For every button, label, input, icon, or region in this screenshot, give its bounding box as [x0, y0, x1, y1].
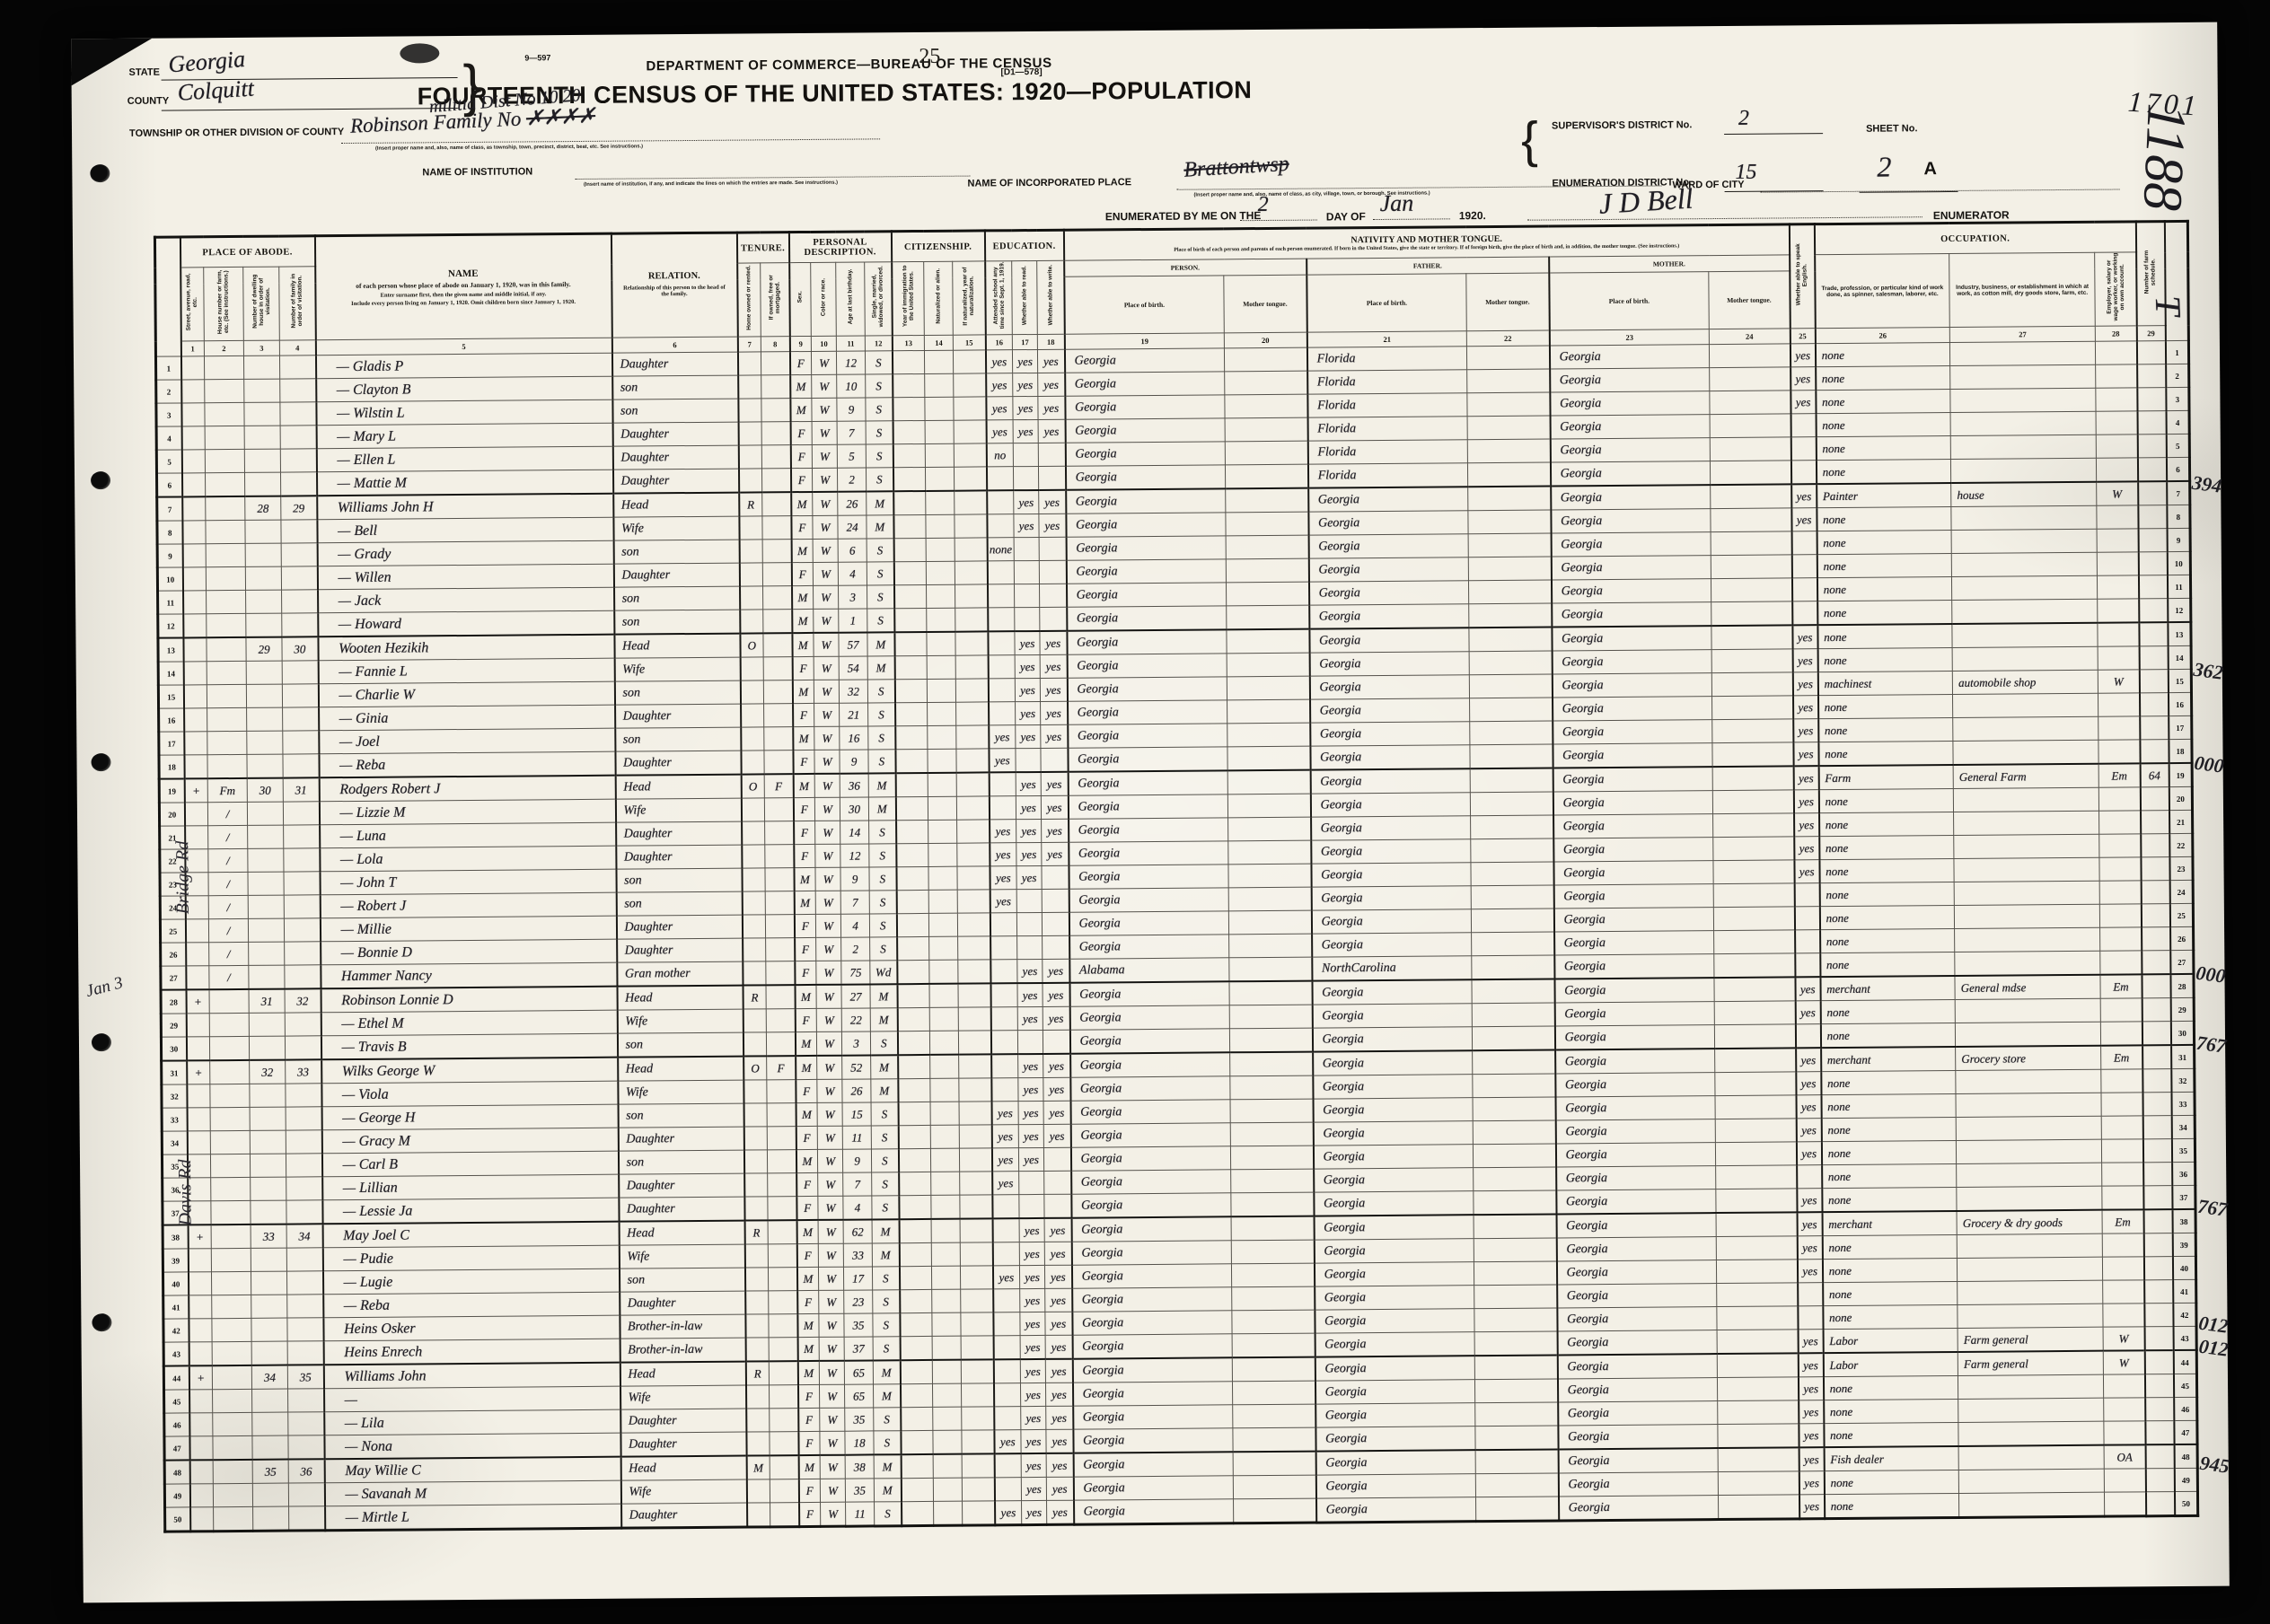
table-cell: 31: [2171, 1045, 2195, 1069]
table-cell: [762, 492, 791, 516]
table-cell: [210, 1107, 250, 1130]
table-cell: [893, 467, 926, 491]
table-cell: [988, 584, 1015, 608]
table-cell: [213, 1412, 252, 1435]
table-cell: Georgia: [1551, 532, 1711, 557]
table-cell: F: [796, 1079, 817, 1102]
table-cell: [1227, 653, 1309, 677]
table-cell: 29: [281, 496, 317, 520]
table-cell: yes: [1043, 1006, 1069, 1030]
table-cell: [183, 637, 207, 662]
table-cell: 30: [161, 1037, 186, 1061]
table-cell: [926, 491, 955, 515]
table-cell: 35: [2172, 1138, 2195, 1162]
table-cell: 36: [288, 1459, 324, 1483]
table-cell: [1233, 1404, 1315, 1428]
table-cell: M: [867, 491, 893, 515]
table-cell: 13: [2168, 622, 2191, 646]
table-cell: [1042, 889, 1069, 912]
table-cell: yes: [1038, 419, 1065, 443]
column-number: 29: [2136, 326, 2165, 341]
institution-note: (Insert name of institution, if any, and…: [584, 180, 838, 188]
table-cell: [1475, 1449, 1558, 1473]
table-cell: [2145, 1469, 2174, 1492]
table-cell: Georgia: [1069, 1005, 1229, 1030]
table-cell: — Charlie W: [318, 681, 614, 707]
table-cell: [285, 942, 321, 965]
table-cell: [893, 561, 926, 584]
table-cell: [1232, 1333, 1315, 1357]
table-cell: Georgia: [1310, 793, 1470, 817]
table-cell: Georgia: [1068, 794, 1227, 819]
table-cell: [1951, 458, 2097, 483]
table-cell: [2137, 435, 2166, 458]
table-cell: [2101, 1069, 2142, 1093]
table-cell: Daughter: [615, 751, 741, 776]
table-cell: yes: [1797, 1236, 1822, 1260]
table-cell: [2100, 951, 2142, 975]
table-cell: [744, 1244, 768, 1268]
table-cell: W: [820, 1431, 845, 1455]
table-cell: [1711, 672, 1792, 697]
table-cell: machinest: [1817, 671, 1952, 695]
table-cell: [1958, 1280, 2103, 1304]
table-cell: [2145, 1374, 2174, 1398]
table-cell: [892, 350, 924, 373]
table-cell: W: [816, 985, 841, 1009]
table-cell: 1: [839, 609, 867, 633]
table-cell: [761, 352, 790, 375]
table-cell: Georgia: [1553, 884, 1713, 909]
table-cell: yes: [1797, 1189, 1822, 1213]
table-cell: /: [208, 895, 248, 918]
table-cell: [896, 820, 928, 843]
table-cell: [2144, 1327, 2173, 1351]
table-cell: [1467, 346, 1550, 370]
table-cell: [1228, 910, 1311, 935]
table-cell: none: [1816, 412, 1950, 436]
table-cell: [765, 915, 794, 938]
table-cell: [1467, 439, 1550, 463]
table-cell: Georgia: [1315, 1380, 1475, 1404]
table-cell: Georgia: [1069, 935, 1229, 959]
table-cell: 35: [287, 1365, 323, 1389]
table-cell: Daughter: [616, 915, 742, 939]
table-cell: W: [819, 1337, 844, 1361]
table-cell: [1950, 435, 2096, 459]
table-cell: [1227, 699, 1310, 724]
table-cell: Daughter: [612, 352, 738, 376]
table-cell: Georgia: [1314, 1239, 1474, 1263]
table-cell: [189, 1484, 213, 1507]
table-cell: [283, 754, 319, 778]
table-cell: [743, 1032, 766, 1057]
table-cell: 4: [843, 1196, 872, 1220]
table-cell: [894, 655, 927, 679]
table-cell: [989, 772, 1016, 796]
table-cell: [896, 913, 928, 936]
table-cell: [928, 702, 956, 725]
table-cell: Georgia: [1309, 581, 1469, 605]
table-cell: [205, 379, 244, 402]
table-cell: Georgia: [1314, 1168, 1474, 1192]
table-cell: Georgia: [1314, 1145, 1474, 1169]
table-cell: S: [871, 1126, 898, 1149]
institution-label: NAME OF INSTITUTION: [422, 166, 532, 178]
table-cell: 8: [2167, 505, 2190, 528]
table-cell: [248, 825, 284, 848]
table-cell: 57: [839, 632, 867, 656]
table-cell: 14: [158, 662, 183, 685]
table-cell: [246, 613, 282, 637]
table-cell: [1718, 1377, 1799, 1401]
table-cell: [206, 566, 245, 590]
table-cell: yes: [1040, 654, 1067, 678]
table-cell: yes: [1047, 1500, 1074, 1524]
table-cell: [2142, 1093, 2171, 1116]
table-cell: [252, 1435, 288, 1460]
table-cell: —: [324, 1386, 620, 1412]
table-cell: yes: [1016, 772, 1041, 796]
table-cell: Georgia: [1308, 557, 1468, 582]
table-cell: [2137, 364, 2166, 388]
table-cell: Georgia: [1552, 650, 1711, 674]
table-cell: yes: [1790, 344, 1816, 367]
table-cell: Georgia: [1310, 745, 1470, 770]
table-cell: none: [1820, 999, 1955, 1023]
table-cell: M: [873, 1360, 900, 1384]
table-cell: [2139, 622, 2168, 646]
table-cell: [992, 1195, 1019, 1219]
table-cell: [245, 566, 281, 590]
table-cell: [987, 467, 1014, 491]
table-cell: Georgia: [1558, 1448, 1718, 1473]
table-cell: M: [746, 1455, 770, 1479]
table-cell: [993, 1336, 1020, 1360]
table-cell: [763, 657, 792, 680]
table-cell: [251, 1318, 287, 1341]
table-cell: son: [616, 891, 742, 916]
table-cell: [2102, 1233, 2143, 1257]
table-cell: [1798, 1283, 1823, 1306]
table-cell: [243, 356, 279, 379]
table-cell: [1226, 512, 1308, 536]
table-cell: Georgia: [1066, 488, 1226, 514]
table-cell: none: [1821, 1070, 1956, 1094]
ink-blot: [400, 43, 439, 63]
table-cell: [2142, 927, 2170, 951]
table-cell: 5: [837, 444, 866, 468]
column-number: 10: [811, 336, 836, 351]
table-cell: [1233, 1452, 1315, 1476]
enumerated-day-value: 2: [1258, 193, 1269, 217]
table-cell: [1014, 560, 1039, 584]
table-cell: [2142, 998, 2170, 1022]
table-cell: [1713, 907, 1794, 931]
table-cell: [1956, 1116, 2101, 1140]
table-cell: [933, 1407, 962, 1430]
table-cell: [900, 1336, 932, 1360]
table-cell: [930, 1055, 959, 1079]
table-cell: [288, 1389, 324, 1412]
enumerator-label: ENUMERATOR: [1933, 208, 2010, 222]
table-cell: 31: [283, 777, 319, 802]
table-cell: 39: [2172, 1233, 2195, 1256]
table-cell: yes: [995, 1501, 1022, 1525]
father-pob-header: Place of birth.: [1307, 274, 1466, 332]
table-cell: F: [796, 1243, 818, 1267]
table-cell: [994, 1383, 1021, 1407]
table-cell: Georgia: [1074, 1499, 1234, 1524]
table-cell: none: [1816, 342, 1950, 366]
table-cell: [740, 657, 763, 680]
table-cell: yes: [1794, 837, 1819, 860]
table-cell: 46: [164, 1413, 189, 1436]
table-cell: Georgia: [1310, 722, 1470, 746]
right-margin-annotation: 000: [2193, 751, 2225, 778]
table-cell: [901, 1454, 933, 1479]
relation-header: RELATION. Relationship of this person to…: [611, 233, 737, 338]
table-cell: S: [866, 398, 893, 421]
table-cell: [763, 610, 792, 634]
table-cell: [246, 590, 282, 613]
table-cell: merchant: [1820, 976, 1955, 1001]
table-cell: none: [1819, 858, 1954, 882]
sheet-rule: [1860, 191, 1958, 193]
table-cell: [2100, 904, 2142, 927]
table-cell: [955, 655, 988, 679]
table-cell: W: [816, 1031, 841, 1056]
table-cell: [285, 965, 321, 989]
column-number: 18: [1037, 334, 1064, 349]
table-cell: [287, 1318, 323, 1341]
column-number: 11: [836, 336, 865, 351]
table-cell: [207, 590, 246, 613]
table-cell: yes: [991, 1102, 1018, 1125]
table-cell: [928, 749, 956, 773]
table-cell: yes: [993, 1266, 1020, 1289]
table-cell: [746, 1432, 770, 1456]
table-cell: [206, 543, 245, 566]
table-cell: Daughter: [619, 1173, 744, 1198]
table-cell: [769, 1314, 797, 1338]
table-cell: 41: [163, 1295, 189, 1319]
table-cell: [767, 1080, 796, 1103]
table-cell: [740, 680, 763, 704]
table-cell: [288, 1412, 324, 1435]
color-race-col-header: Color or race.: [811, 262, 837, 336]
table-cell: [1475, 1473, 1558, 1497]
table-cell: [1715, 1048, 1796, 1072]
table-cell: [955, 490, 987, 514]
table-cell: [1231, 1192, 1314, 1216]
table-cell: [2142, 904, 2170, 927]
hole-punch: [90, 164, 110, 182]
table-cell: Head: [614, 634, 740, 659]
table-cell: [2096, 435, 2137, 458]
table-cell: [2139, 646, 2168, 670]
table-cell: [898, 1055, 930, 1079]
column-number: 4: [279, 340, 315, 356]
table-cell: none: [1818, 694, 1953, 718]
table-cell: none: [1821, 1117, 1956, 1141]
table-cell: [244, 449, 280, 472]
table-cell: 11: [842, 1126, 871, 1149]
table-cell: yes: [1791, 508, 1817, 531]
table-cell: yes: [1013, 373, 1038, 396]
table-cell: [894, 608, 927, 632]
father-subheader: FATHER.: [1307, 257, 1549, 276]
table-cell: W: [2098, 670, 2139, 693]
table-cell: 10: [2167, 551, 2190, 575]
table-cell: [1710, 414, 1790, 438]
table-cell: yes: [1792, 649, 1817, 672]
table-cell: Georgia: [1556, 1189, 1716, 1215]
table-cell: 3: [839, 585, 867, 609]
table-cell: [248, 918, 284, 942]
table-cell: M: [798, 1455, 820, 1479]
table-cell: W: [817, 1056, 842, 1080]
table-cell: [767, 1103, 796, 1127]
table-cell: yes: [1019, 1218, 1044, 1242]
table-cell: [994, 1478, 1021, 1501]
table-cell: Georgia: [1070, 1076, 1230, 1101]
table-cell: [1950, 364, 2096, 389]
department-line: DEPARTMENT OF COMMERCE—BUREAU OF THE CEN…: [646, 56, 1051, 75]
table-cell: [742, 915, 765, 938]
table-cell: — Howard: [318, 610, 614, 636]
table-cell: 30: [282, 636, 318, 661]
table-cell: — Viola: [321, 1081, 618, 1107]
table-cell: — Fannie L: [318, 658, 614, 684]
table-cell: [739, 563, 762, 586]
table-cell: [1232, 1263, 1315, 1287]
month-rule: [1373, 218, 1450, 220]
person-pob-header: Place of birth.: [1064, 276, 1224, 334]
table-cell: yes: [1794, 813, 1819, 837]
table-cell: [925, 397, 954, 420]
table-cell: yes: [1020, 1312, 1045, 1335]
table-cell: [1953, 787, 2098, 812]
table-cell: [182, 496, 206, 521]
table-cell: [993, 1289, 1020, 1312]
table-cell: 13: [158, 637, 183, 662]
table-cell: 9: [837, 398, 866, 421]
table-cell: 2: [841, 937, 870, 961]
table-cell: [739, 516, 762, 540]
table-cell: F: [798, 1431, 820, 1455]
table-cell: 12: [837, 351, 866, 374]
table-cell: 45: [2174, 1374, 2197, 1397]
table-cell: yes: [1022, 1500, 1047, 1524]
table-cell: W: [820, 1384, 845, 1408]
right-margin-annotation: 362: [2192, 658, 2224, 685]
table-cell: [1228, 887, 1311, 911]
table-cell: [762, 469, 791, 493]
table-cell: [1471, 838, 1553, 863]
table-cell: Head: [620, 1456, 746, 1481]
table-cell: Georgia: [1315, 1309, 1474, 1333]
census-table: PLACE OF ABODE. NAME of each person whos…: [154, 220, 2199, 1533]
month-value: Jan: [1380, 190, 1414, 217]
table-cell: son: [618, 1103, 743, 1128]
hole-punch: [91, 471, 110, 489]
table-cell: Georgia: [1069, 981, 1229, 1006]
table-cell: Georgia: [1315, 1474, 1475, 1498]
table-cell: May Willie C: [324, 1457, 620, 1483]
table-cell: [190, 1507, 214, 1532]
table-cell: W: [818, 1172, 843, 1196]
table-cell: [286, 1084, 321, 1107]
table-cell: 22: [2169, 833, 2193, 856]
table-cell: — Willen: [317, 564, 613, 590]
table-cell: [743, 1080, 767, 1103]
table-cell: none: [1816, 389, 1950, 413]
table-cell: Georgia: [1551, 485, 1711, 510]
table-cell: Georgia: [1067, 629, 1227, 654]
table-cell: M: [797, 1361, 819, 1385]
table-cell: [2140, 693, 2169, 716]
table-cell: [1474, 1308, 1557, 1332]
table-cell: Florida: [1307, 440, 1467, 464]
table-cell: Florida: [1307, 393, 1467, 417]
table-cell: Georgia: [1069, 911, 1228, 935]
table-cell: 35: [252, 1460, 288, 1484]
table-cell: [954, 420, 986, 443]
table-cell: — Lizzie M: [319, 799, 615, 825]
table-cell: [1474, 1355, 1557, 1379]
table-cell: [283, 802, 319, 825]
table-cell: [1796, 1024, 1821, 1049]
table-cell: [928, 843, 957, 866]
table-cell: [893, 514, 926, 538]
table-cell: Daughter: [620, 1432, 746, 1457]
table-cell: W: [819, 1267, 844, 1290]
table-cell: 50: [2175, 1491, 2198, 1515]
table-cell: [1710, 391, 1790, 415]
table-cell: yes: [1042, 819, 1069, 842]
table-cell: — Lillian: [322, 1174, 619, 1200]
table-cell: [1233, 1475, 1315, 1499]
table-cell: [2099, 857, 2141, 881]
table-cell: [1955, 904, 2100, 928]
table-cell: W: [814, 797, 840, 821]
table-cell: [1016, 912, 1042, 935]
table-cell: Heins Enrech: [323, 1339, 620, 1365]
table-cell: Georgia: [1066, 536, 1226, 560]
table-cell: [1718, 1447, 1799, 1471]
table-cell: [929, 984, 958, 1008]
table-cell: [1019, 1194, 1044, 1218]
table-cell: S: [869, 844, 896, 867]
table-cell: [212, 1341, 251, 1365]
table-cell: [1795, 907, 1820, 930]
table-cell: — Carl B: [322, 1151, 619, 1177]
sheet-value: 2: [1877, 150, 1891, 183]
table-cell: [281, 566, 317, 590]
table-cell: Georgia: [1553, 908, 1713, 932]
table-cell: 40: [2173, 1256, 2196, 1279]
table-cell: [284, 918, 320, 942]
table-cell: Georgia: [1312, 933, 1472, 957]
table-cell: Georgia: [1070, 1052, 1230, 1077]
table-cell: W: [816, 937, 841, 961]
table-cell: [286, 1271, 322, 1295]
table-cell: [956, 796, 989, 820]
table-cell: F: [791, 515, 813, 539]
table-cell: Georgia: [1553, 697, 1712, 721]
table-cell: [931, 1242, 960, 1266]
